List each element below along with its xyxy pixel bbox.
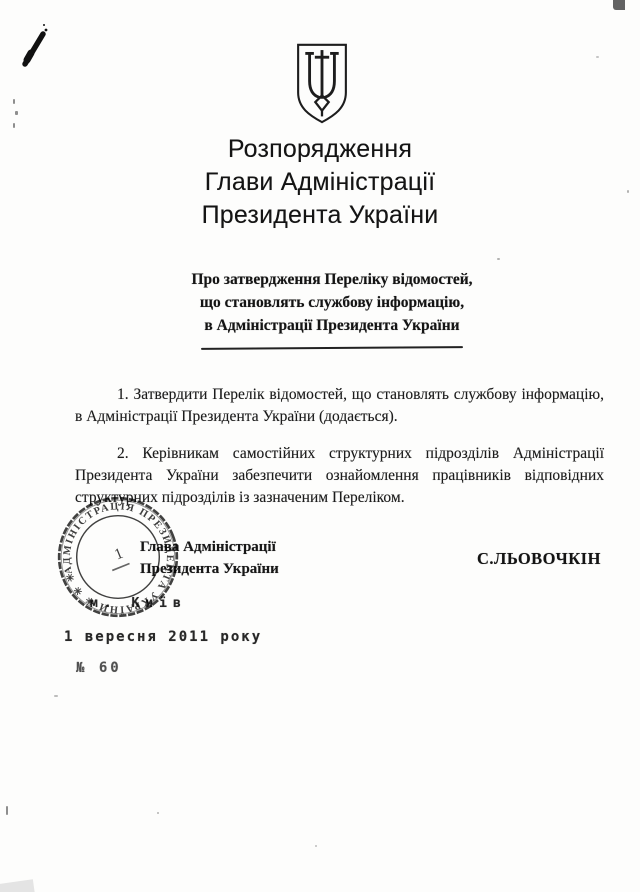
- scan-speck: [497, 258, 500, 260]
- title-line-3: Президента України: [0, 199, 640, 232]
- paragraph-1: 1. Затвердити Перелік відомостей, що ста…: [75, 384, 604, 428]
- subject-line-3: в Адміністрації Президента України: [110, 314, 554, 337]
- signatory-name: С.ЛЬОВОЧКІН: [477, 549, 601, 569]
- scan-speck: [596, 56, 599, 58]
- scan-corner-blob: [613, 0, 625, 10]
- scanned-document-page: Розпорядження Глави Адміністрації Презид…: [0, 0, 640, 892]
- title-line-2: Глави Адміністрації: [0, 166, 640, 199]
- scan-speck: [6, 806, 8, 815]
- scan-speck: [157, 812, 159, 814]
- title-line-1: Розпорядження: [0, 133, 640, 166]
- scan-speck: [15, 111, 18, 115]
- pen-slash-artifact: [14, 16, 70, 76]
- scan-speck: [13, 99, 15, 104]
- subject-line-2: що становлять службову інформацію,: [110, 291, 554, 314]
- document-title: Розпорядження Глави Адміністрації Презид…: [0, 133, 640, 232]
- scan-shadow-bottom-left: [0, 879, 35, 892]
- ukraine-tryzub-emblem-icon: [292, 41, 352, 125]
- footer-document-number: № 60: [76, 660, 122, 676]
- subject-underline-rule: [201, 346, 463, 350]
- subject-line-1: Про затвердження Переліку відомостей,: [110, 268, 554, 291]
- scan-speck: [315, 845, 317, 847]
- document-subject: Про затвердження Переліку відомостей, що…: [110, 268, 554, 337]
- stamp-center-mark: 1: [112, 545, 126, 564]
- scan-speck: [54, 695, 58, 697]
- scan-speck: [13, 123, 15, 128]
